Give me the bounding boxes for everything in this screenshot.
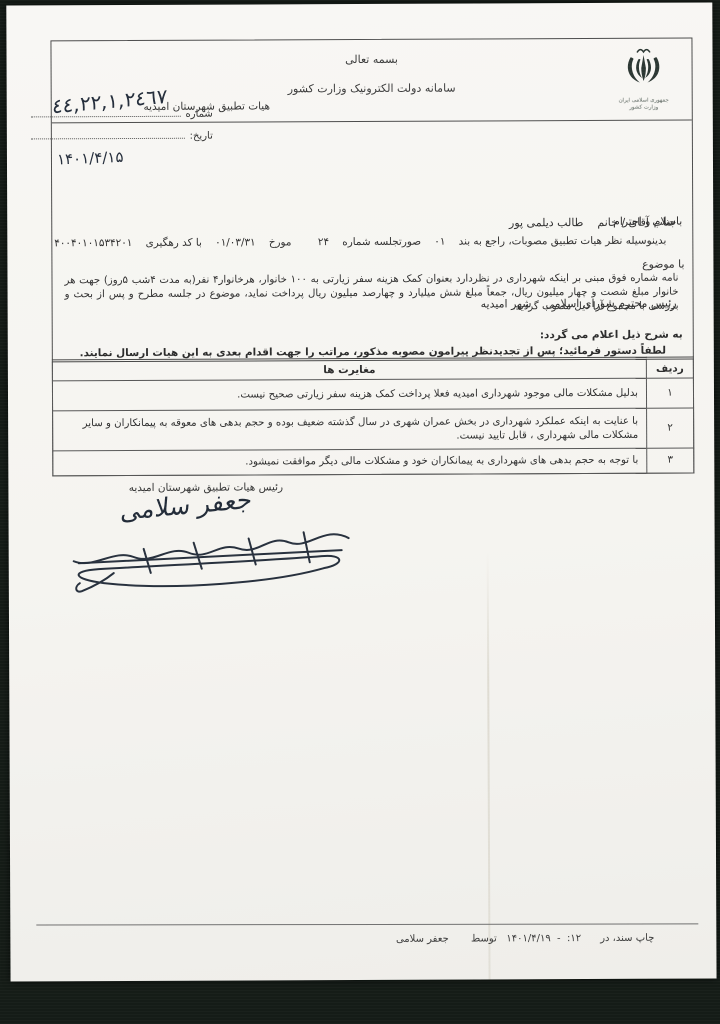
row-text: بدلیل مشکلات مالی موجود شهرداری امیدیه ف… (52, 378, 646, 411)
letter-paper: بسمه تعالی سامانه دولت الکترونیک وزارت ک… (6, 2, 716, 981)
handwritten-date: ۱۴۰۱/۴/۱۵ (57, 148, 124, 169)
footer-divider (36, 923, 698, 925)
iran-emblem-icon (620, 45, 666, 93)
date-field: تاریخ: (23, 127, 213, 143)
table-header-row: ردیف مغایرت ها (52, 358, 693, 381)
row-number: ۲ (647, 408, 694, 448)
paper-crease (487, 551, 491, 979)
row-text: با عنایت به اینکه عملکرد شهرداری در بخش … (53, 408, 647, 451)
table-row: ۱ بدلیل مشکلات مالی موجود شهرداری امیدیه… (52, 378, 693, 411)
row-text: با توجه به حجم بدهی های شهرداری به پیمان… (53, 448, 647, 476)
emblem-caption-line2: وزارت کشور (611, 104, 676, 111)
number-date-block: شماره تاریخ: ٤٤,٢٢,١,٢٤٦٧ ۱۴۰۱/۴/۱۵ (23, 105, 213, 143)
body-paragraph: نامه شماره فوق مبنی بر اینکه شهرداری در … (64, 272, 678, 316)
announcement-text: به شرح ذیل اعلام می گردد: (540, 329, 683, 342)
greeting-text: باسلام و احترام (613, 215, 682, 228)
print-info: چاپ سند، در ۱۲: - ۱۴۰۱/۴/۱۹ توسط جعفر سل… (396, 933, 654, 945)
date-dotted-line (31, 137, 185, 140)
table-row: ۲ با عنایت به اینکه عملکرد شهرداری در بخ… (53, 408, 694, 451)
column-header-row-no: ردیف (646, 358, 693, 378)
discrepancies-table: ردیف مغایرت ها ۱ بدلیل مشکلات مالی موجود… (52, 357, 695, 477)
iran-emblem: جمهوری اسلامی ایران وزارت کشور (607, 45, 679, 111)
scanned-page: بسمه تعالی سامانه دولت الکترونیک وزارت ک… (0, 0, 720, 1024)
subject-label: با موضوع (642, 258, 684, 271)
row-number: ۱ (646, 378, 693, 408)
date-label: تاریخ: (190, 131, 213, 142)
column-header-discrepancies: مغایرت ها (52, 358, 646, 381)
emblem-caption-line1: جمهوری اسلامی ایران (611, 97, 676, 104)
signature-scribble-icon (54, 520, 359, 601)
number-label: شماره (185, 109, 212, 120)
row-number: ۳ (647, 448, 694, 473)
bismillah-text: بسمه تعالی (52, 52, 692, 68)
table-row: ۳ با توجه به حجم بدهی های شهرداری به پیم… (53, 448, 694, 476)
